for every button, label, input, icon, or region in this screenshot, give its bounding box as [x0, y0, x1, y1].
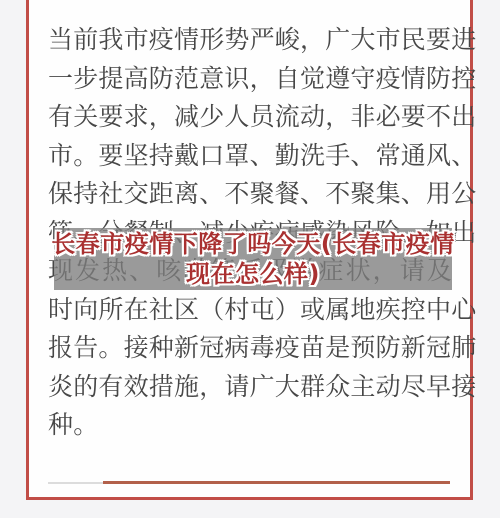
- watermark-title-line1: 长春市疫情下降了吗今天(长春市疫情: [51, 229, 454, 259]
- watermark-title-line2: 现在怎么样): [186, 259, 320, 289]
- body-text-line: 种。: [48, 406, 452, 445]
- screenshot-stage: 当前我市疫情形势严峻，广大市民要进 一步提高防范意识，自觉遵守疫情防控 有关要求…: [0, 0, 500, 518]
- body-text-line: 报告。接种新冠病毒疫苗是预防新冠肺: [48, 329, 452, 368]
- body-text-line: 保持社交距离、不聚餐、不聚集、用公: [48, 175, 452, 214]
- watermark-band: 长春市疫情下降了吗今天(长春市疫情 现在怎么样): [54, 228, 452, 290]
- body-text-line: 当前我市疫情形势严峻，广大市民要进: [48, 21, 452, 60]
- body-text-line: 有关要求，减少人员流动，非必要不出: [48, 98, 452, 137]
- body-text-line: 市。要坚持戴口罩、勤洗手、常通风、: [48, 137, 452, 176]
- body-text-line: 炎的有效措施，请广大群众主动尽早接: [48, 368, 452, 407]
- body-text-line: 时向所在社区（村屯）或属地疾控中心: [48, 291, 452, 330]
- separator-red-segment: [103, 481, 450, 484]
- separator-gray-segment: [48, 482, 103, 484]
- body-text-line: 一步提高防范意识，自觉遵守疫情防控: [48, 60, 452, 99]
